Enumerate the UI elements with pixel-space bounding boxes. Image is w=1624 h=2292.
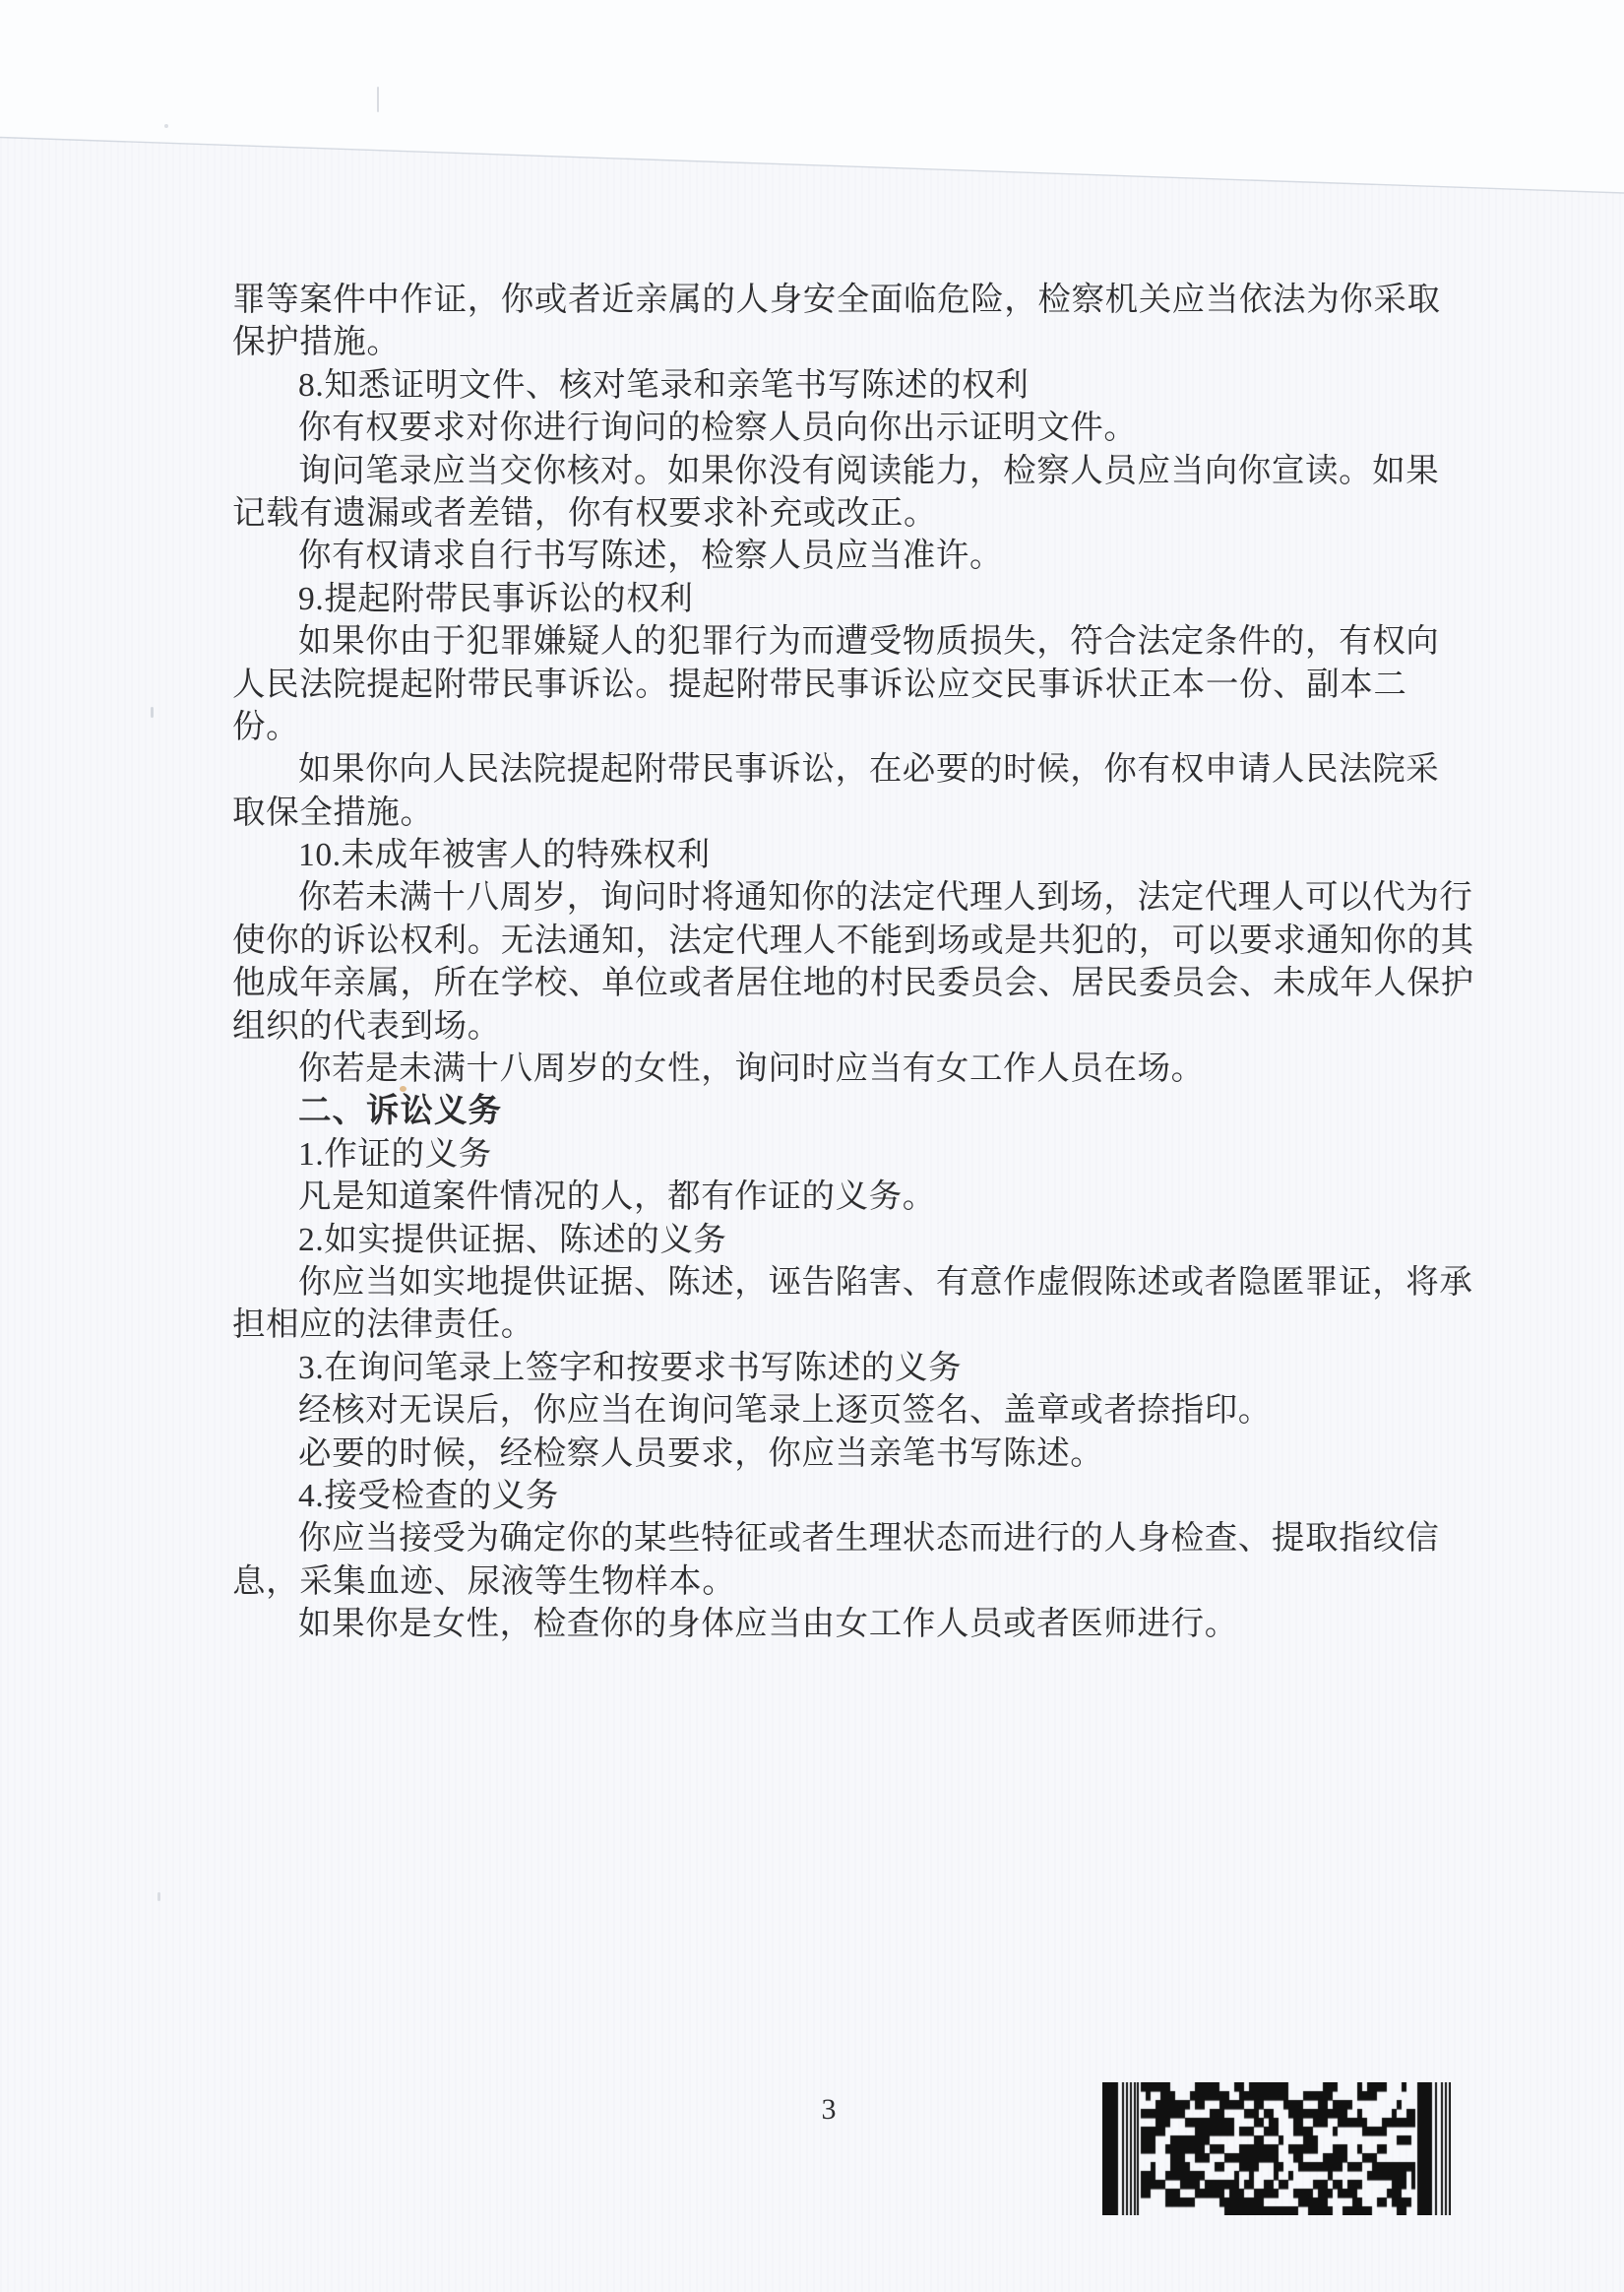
document-line: 8.知悉证明文件、核对笔录和亲笔书写陈述的权利 — [232, 364, 1445, 407]
scan-edge-artifact — [0, 0, 1624, 217]
document-line: 二、诉讼义务 — [232, 1090, 1445, 1132]
document-line: 经核对无误后，你应当在询问笔录上逐页签名、盖章或者捺指印。 — [232, 1389, 1445, 1432]
document-line: 3.在询问笔录上签字和按要求书写陈述的义务 — [232, 1347, 1445, 1389]
document-line: 组织的代表到场。 — [232, 1005, 1445, 1048]
document-line: 询问笔录应当交你核对。如果你没有阅读能力，检察人员应当向你宣读。如果 — [232, 450, 1445, 492]
document-line: 记载有遗漏或者差错，你有权要求补充或改正。 — [232, 492, 1445, 535]
document-line: 必要的时候，经检察人员要求，你应当亲笔书写陈述。 — [232, 1432, 1445, 1475]
scan-speck — [377, 87, 379, 112]
scan-speck — [164, 124, 168, 128]
document-line: 你应当接受为确定你的某些特征或者生理状态而进行的人身检查、提取指纹信 — [232, 1517, 1445, 1560]
document-line: 他成年亲属，所在学校、单位或者居住地的村民委员会、居民委员会、未成年人保护 — [232, 962, 1445, 1004]
document-line: 你若是未满十八周岁的女性，询问时应当有女工作人员在场。 — [232, 1048, 1445, 1090]
document-line: 如果你是女性，检查你的身体应当由女工作人员或者医师进行。 — [232, 1603, 1445, 1645]
document-line: 份。 — [232, 706, 1445, 748]
document-line: 你有权要求对你进行询问的检察人员向你出示证明文件。 — [232, 407, 1445, 449]
pdf417-barcode — [1102, 2082, 1451, 2215]
document-line: 使你的诉讼权利。无法通知，法定代理人不能到场或是共犯的，可以要求通知你的其 — [232, 920, 1445, 962]
document-line: 1.作证的义务 — [232, 1133, 1445, 1176]
document-line: 你有权请求自行书写陈述，检察人员应当准许。 — [232, 535, 1445, 577]
document-line: 保护措施。 — [232, 321, 1445, 363]
document-line: 2.如实提供证据、陈述的义务 — [232, 1219, 1445, 1261]
document-line: 罪等案件中作证，你或者近亲属的人身安全面临危险，检察机关应当依法为你采取 — [232, 279, 1445, 321]
scanned-page: 罪等案件中作证，你或者近亲属的人身安全面临危险，检察机关应当依法为你采取保护措施… — [0, 0, 1624, 2292]
document-line: 9.提起附带民事诉讼的权利 — [232, 578, 1445, 620]
scan-speck — [157, 1892, 160, 1901]
document-line: 你应当如实地提供证据、陈述，诬告陷害、有意作虚假陈述或者隐匿罪证，将承 — [232, 1261, 1445, 1304]
document-text: 罪等案件中作证，你或者近亲属的人身安全面临危险，检察机关应当依法为你采取保护措施… — [232, 279, 1445, 1646]
scan-speck — [151, 707, 154, 718]
document-line: 担相应的法律责任。 — [232, 1304, 1445, 1346]
document-line: 10.未成年被害人的特殊权利 — [232, 834, 1445, 876]
document-line: 如果你向人民法院提起附带民事诉讼，在必要的时候，你有权申请人民法院采 — [232, 748, 1445, 791]
document-line: 你若未满十八周岁，询问时将通知你的法定代理人到场，法定代理人可以代为行 — [232, 876, 1445, 919]
document-line: 息，采集血迹、尿液等生物样本。 — [232, 1560, 1445, 1603]
document-line: 人民法院提起附带民事诉讼。提起附带民事诉讼应交民事诉状正本一份、副本二 — [232, 664, 1445, 706]
document-line: 凡是知道案件情况的人，都有作证的义务。 — [232, 1176, 1445, 1218]
document-line: 如果你由于犯罪嫌疑人的犯罪行为而遭受物质损失，符合法定条件的，有权向 — [232, 620, 1445, 663]
document-line: 取保全措施。 — [232, 792, 1445, 834]
document-line: 4.接受检查的义务 — [232, 1475, 1445, 1517]
